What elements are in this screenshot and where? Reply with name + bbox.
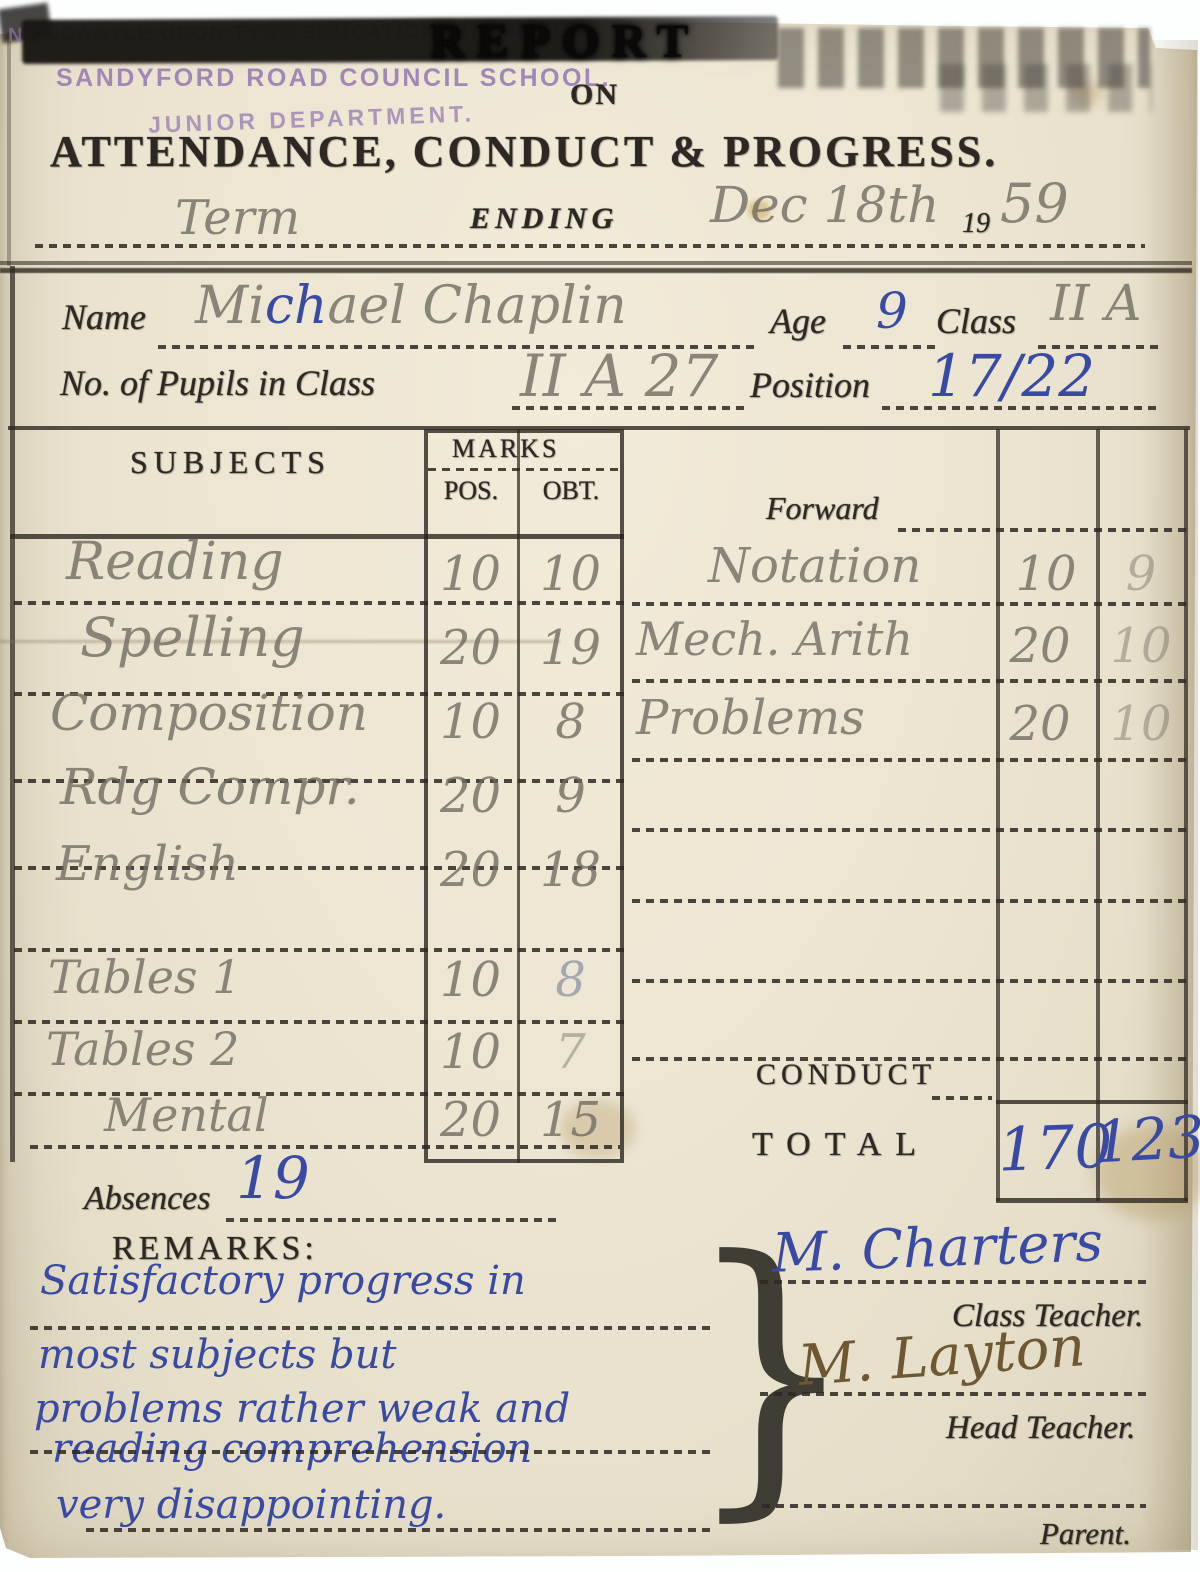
age-rule [843, 345, 935, 349]
subject-obt-mark: 8 [517, 952, 624, 1008]
left-border-line-top [7, 32, 11, 266]
signature-rule [762, 1504, 1146, 1508]
subject-name: Rdg Compr. [60, 758, 360, 816]
pupil-name-pre: Mi [195, 276, 265, 336]
ending-label: ENDING [470, 202, 618, 236]
year-prefix-printed: 19 [962, 208, 990, 240]
remarks-rule [30, 1326, 710, 1330]
conduct-rule [932, 1096, 992, 1100]
row-rule [632, 602, 1188, 606]
page-title: ATTENDANCE, CONDUCT & PROGRESS. [50, 126, 998, 177]
left-border-line [10, 266, 15, 1162]
pupils-in-class-label: No. of Pupils in Class [60, 362, 375, 404]
forward-pos-mark: 10 [996, 546, 1096, 602]
subject-obt-mark: 18 [517, 842, 624, 898]
row-rule [30, 1145, 620, 1149]
remarks-line: Satisfactory progress in [40, 1258, 526, 1304]
class-teacher-signature: M. Charters [771, 1210, 1104, 1285]
row-rule [632, 979, 1188, 983]
pos-header: POS. [426, 476, 516, 506]
pupil-name-rest: ael Chaplin [328, 276, 627, 336]
term-handwritten: Term [175, 190, 300, 246]
section-rule [0, 261, 1192, 265]
total-grid-bottom-rule [996, 1198, 1188, 1203]
remarks-rule [86, 1528, 710, 1532]
name-label: Name [62, 296, 146, 338]
total-label: TOTAL [752, 1126, 930, 1164]
subject-name: English [56, 836, 239, 892]
subject-obt-mark: 19 [517, 620, 624, 676]
forward-pos-mark: 20 [990, 696, 1090, 752]
subject-pos-mark: 20 [424, 768, 517, 824]
report-on-label: ON [570, 78, 619, 112]
remarks-line: most subjects but [38, 1332, 396, 1378]
forward-col-line1 [996, 429, 1000, 1201]
pupil-name-correction: ch [265, 276, 328, 336]
term-end-date: Dec 18th [710, 176, 940, 234]
absences-value: 19 [236, 1144, 310, 1212]
school-stamp-line2: SANDYFORD ROAD COUNCIL SCHOOL. [56, 64, 611, 93]
subject-pos-mark: 10 [424, 694, 517, 750]
forward-subject-name: Notation [708, 538, 921, 594]
total-grid-top-rule [996, 1100, 1188, 1104]
scanned-school-report: NEWCASTLE UPON TYNE EDUCATION COMMITTEE … [0, 0, 1200, 1572]
row-rule [632, 679, 1188, 683]
signature-rule [760, 1392, 1148, 1396]
subject-pos-mark: 10 [424, 952, 517, 1008]
subject-obt-mark: 15 [517, 1092, 624, 1148]
report-title: REPORT [430, 14, 700, 69]
remarks-line: reading comprehension [52, 1426, 532, 1472]
total-pos-value: 170 [997, 1112, 1095, 1185]
subject-pos-mark: 20 [424, 1092, 517, 1148]
forward-subject-name: Problems [636, 690, 865, 746]
subject-name: Composition [50, 684, 368, 742]
pupils-rule [512, 406, 747, 410]
remarks-line: very disappointing. [56, 1482, 446, 1528]
signature-rule [760, 1280, 1148, 1284]
age-value: 9 [876, 282, 908, 340]
row-rule [632, 899, 1188, 903]
subject-obt-mark: 10 [517, 546, 624, 602]
pupils-in-class-value: II A 27 [520, 342, 718, 410]
absences-rule [226, 1218, 561, 1222]
forward-pos-mark: 20 [990, 618, 1090, 674]
subject-name: Mental [104, 1088, 269, 1142]
age-label: Age [770, 300, 826, 342]
forward-col-line3 [1184, 429, 1188, 1201]
forward-obt-mark: 9 [1098, 546, 1184, 602]
parent-label: Parent. [1040, 1516, 1131, 1552]
subject-pos-mark: 20 [424, 842, 517, 898]
pupil-name: Michael Chaplin [195, 276, 627, 336]
marks-header: MARKS [452, 434, 559, 464]
ink-smudge-row-lower [940, 64, 1152, 112]
section-rule [0, 268, 1192, 273]
subjects-header: SUBJECTS [130, 444, 331, 481]
forward-rule [898, 528, 1188, 532]
forward-obt-mark: 10 [1098, 696, 1184, 752]
subject-pos-mark: 10 [424, 546, 517, 602]
remarks-rule [30, 1450, 710, 1454]
forward-subject-name: Mech. Arith [636, 612, 913, 666]
subject-pos-mark: 20 [424, 620, 517, 676]
subject-name: Spelling [80, 606, 305, 669]
class-value: II A [1050, 274, 1142, 332]
subject-name: Reading [66, 532, 284, 592]
subject-obt-mark: 8 [517, 694, 624, 750]
marks-header-rule [428, 468, 620, 471]
conduct-label: CONDUCT [756, 1058, 936, 1092]
row-rule [14, 601, 626, 605]
subject-obt-mark: 9 [517, 768, 624, 824]
subject-obt-mark: 7 [517, 1024, 624, 1080]
subject-pos-mark: 10 [424, 1024, 517, 1080]
subject-name: Tables 2 [46, 1022, 239, 1076]
absences-label: Absences [84, 1180, 211, 1218]
row-rule [632, 828, 1188, 832]
class-label: Class [936, 300, 1016, 342]
term-rule [35, 244, 1145, 248]
forward-col-line2 [1096, 429, 1100, 1201]
position-label: Position [750, 364, 870, 406]
total-obt-value: 123 [1092, 1104, 1185, 1177]
subject-name: Tables 1 [48, 950, 241, 1004]
forward-label: Forward [766, 490, 879, 527]
year-handwritten: 59 [1000, 172, 1069, 235]
position-rule [882, 406, 1162, 410]
forward-obt-mark: 10 [1098, 618, 1184, 674]
row-rule [632, 758, 1188, 762]
obt-header: OBT. [520, 476, 622, 506]
head-teacher-label: Head Teacher. [946, 1410, 1135, 1447]
right-edge-shading [1140, 40, 1198, 1550]
position-value: 17/22 [928, 342, 1095, 410]
